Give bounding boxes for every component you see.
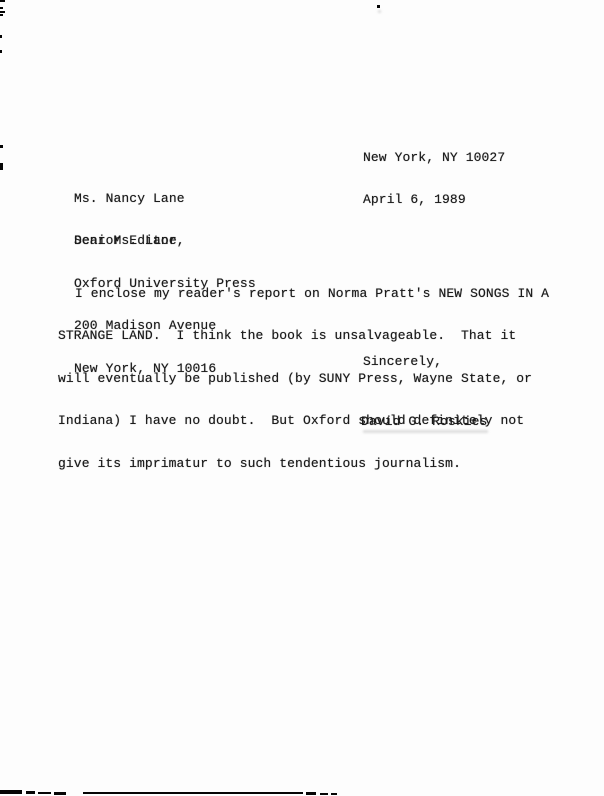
- scan-speck: [378, 10, 381, 13]
- date-line: April 6, 1989: [363, 194, 505, 206]
- scan-speck: [0, 50, 2, 53]
- scan-streak: [0, 790, 22, 794]
- scan-streak: [54, 792, 66, 795]
- signature-name: David G. Roskies: [361, 416, 487, 428]
- scan-streak: [83, 792, 303, 794]
- scan-streak: [320, 793, 328, 795]
- closing: Sincerely,: [363, 356, 442, 368]
- scan-speck: [0, 11, 5, 13]
- body-line: give its imprimatur to such tendentious …: [58, 458, 549, 470]
- body-line: will eventually be published (by SUNY Pr…: [58, 373, 549, 385]
- salutation: Dear Ms. Lane,: [74, 235, 185, 247]
- letter-body: I enclose my reader's report on Norma Pr…: [58, 258, 549, 500]
- scan-speck: [0, 35, 2, 38]
- scan-speck: [0, 14, 3, 16]
- scan-speck: [0, 145, 3, 148]
- scan-streak: [38, 792, 51, 794]
- scan-speck: [0, 7, 3, 9]
- scan-streak: [306, 792, 316, 795]
- body-line: I enclose my reader's report on Norma Pr…: [75, 288, 549, 300]
- scanned-letter-page: New York, NY 10027 April 6, 1989 Ms. Nan…: [0, 0, 604, 796]
- scan-streak: [26, 791, 35, 794]
- scan-streak: [331, 793, 337, 795]
- sender-city-line: New York, NY 10027: [363, 152, 505, 164]
- scan-speck: [0, 0, 5, 2]
- scan-speck: [0, 163, 3, 170]
- recipient-name-line: Ms. Nancy Lane: [74, 193, 256, 205]
- body-line: STRANGE LAND. I think the book is unsalv…: [58, 330, 549, 342]
- scan-speck: [377, 5, 380, 8]
- letter-heading-block: New York, NY 10027 April 6, 1989: [363, 122, 505, 237]
